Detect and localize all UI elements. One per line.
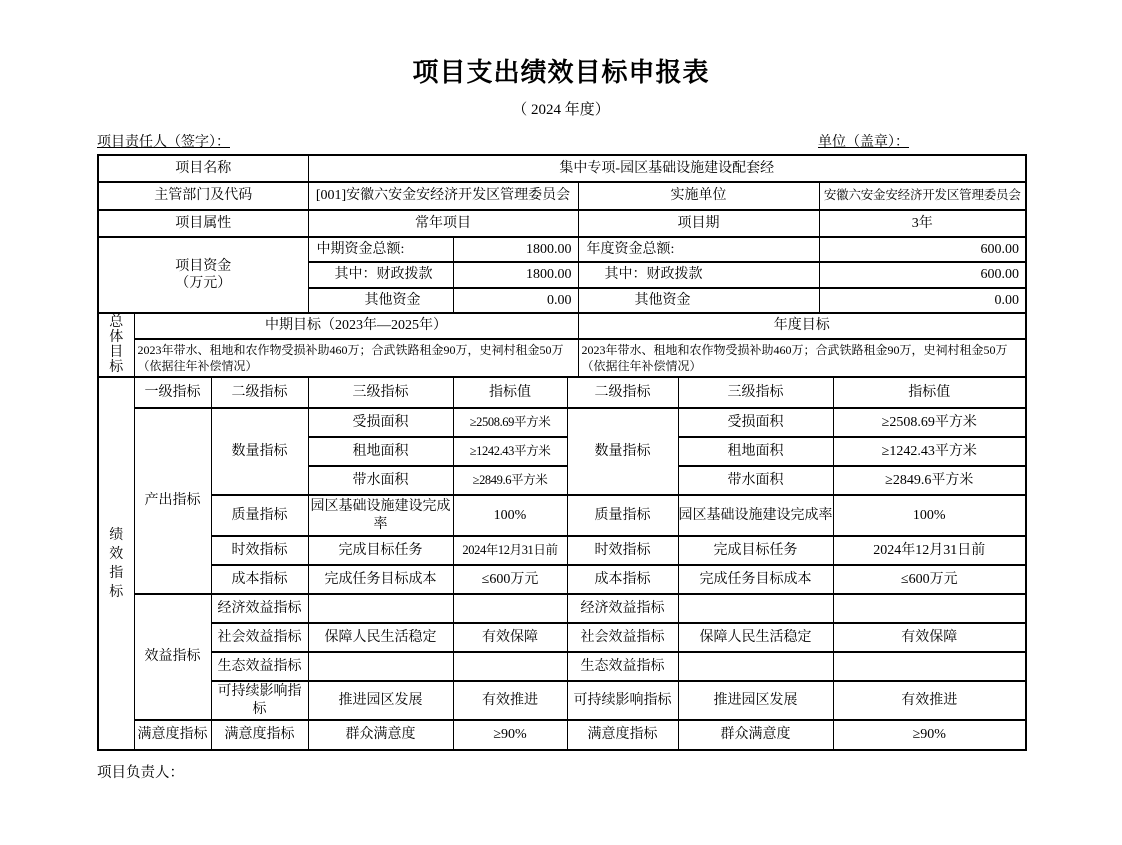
cell-ind-name — [308, 652, 453, 681]
cell-mid-other-label: 其他资金 — [308, 288, 453, 313]
row-indicator-header: 绩效指标 一级指标 二级指标 三级指标 指标值 二级指标 三级指标 指标值 — [98, 377, 1026, 408]
cell-ind-name-right: 群众满意度 — [678, 720, 833, 750]
header-level2: 二级指标 — [211, 377, 308, 408]
cell-level2-time: 时效指标 — [211, 536, 308, 565]
cell-level2-economic-right: 经济效益指标 — [567, 594, 678, 623]
cell-level1-benefit: 效益指标 — [134, 594, 211, 720]
cell-year-total-value: 600.00 — [819, 237, 1026, 262]
cell-funds-label: 项目资金 （万元） — [98, 237, 308, 313]
cell-level2-satisfaction: 满意度指标 — [211, 720, 308, 750]
cell-ind-value-right: ≥2508.69平方米 — [833, 408, 1026, 437]
cell-level1-satisfaction: 满意度指标 — [134, 720, 211, 750]
year-goal-line1: 2023年带水、租地和农作物受损补助460万；合武铁路租金90万，史祠村租金50… — [582, 342, 1023, 358]
row-ind-time: 时效指标 完成目标任务 2024年12月31日前 时效指标 完成目标任务 202… — [98, 536, 1026, 565]
header-level3-right: 三级指标 — [678, 377, 833, 408]
cell-ind-name-right — [678, 652, 833, 681]
cell-ind-name: 园区基础设施建设完成率 — [308, 495, 453, 536]
cell-impl-value: 安徽六安金安经济开发区管理委员会 — [819, 182, 1026, 210]
row-ind-ecological: 生态效益指标 生态效益指标 — [98, 652, 1026, 681]
cell-level2-sustain-right: 可持续影响指标 — [567, 681, 678, 720]
cell-year-total-label: 年度资金总额: — [578, 237, 819, 262]
cell-impl-label: 实施单位 — [578, 182, 819, 210]
cell-level2-quantity: 数量指标 — [211, 408, 308, 495]
cell-ind-value-right: ≥90% — [833, 720, 1026, 750]
row-ind-quality: 质量指标 园区基础设施建设完成率 100% 质量指标 园区基础设施建设完成率 1… — [98, 495, 1026, 536]
cell-ind-name: 群众满意度 — [308, 720, 453, 750]
cell-level2-cost-right: 成本指标 — [567, 565, 678, 594]
cell-ind-name-right: 带水面积 — [678, 466, 833, 495]
row-ind-economic: 效益指标 经济效益指标 经济效益指标 — [98, 594, 1026, 623]
cell-ind-name: 受损面积 — [308, 408, 453, 437]
cell-ind-name: 租地面积 — [308, 437, 453, 466]
cell-perf-side-label: 绩效指标 — [98, 377, 134, 750]
perf-side-label-text: 绩效指标 — [108, 526, 124, 602]
cell-ind-value: 有效推进 — [453, 681, 567, 720]
header-value-right: 指标值 — [833, 377, 1026, 408]
cell-ind-name-right: 推进园区发展 — [678, 681, 833, 720]
cell-level2-satisfaction-right: 满意度指标 — [567, 720, 678, 750]
cell-level2-quality-right: 质量指标 — [567, 495, 678, 536]
row-goal-content: 2023年带水、租地和农作物受损补助460万；合武铁路租金90万，史祠村租金50… — [98, 339, 1026, 377]
cell-ind-name — [308, 594, 453, 623]
cell-ind-value: 有效保障 — [453, 623, 567, 652]
cell-ind-value-right: ≥1242.43平方米 — [833, 437, 1026, 466]
form-title: 项目支出绩效目标申报表 — [97, 52, 1025, 89]
cell-mid-goal-header: 中期目标（2023年—2025年） — [134, 313, 578, 339]
cell-ind-name: 带水面积 — [308, 466, 453, 495]
cell-ind-value: ≥2849.6平方米 — [453, 466, 567, 495]
cell-mid-goal-text: 2023年带水、租地和农作物受损补助460万；合武铁路租金90万，史祠村租金50… — [134, 339, 578, 377]
cell-year-other-value: 0.00 — [819, 288, 1026, 313]
funds-label-line1: 项目资金 — [101, 258, 306, 276]
cell-dept-value: [001]安徽六安金安经济开发区管理委员会 — [308, 182, 578, 210]
funds-label-line2: （万元） — [101, 275, 306, 293]
cell-period-label: 项目期 — [578, 210, 819, 237]
header-value: 指标值 — [453, 377, 567, 408]
cell-ind-name-right: 完成任务目标成本 — [678, 565, 833, 594]
cell-year-goal-text: 2023年带水、租地和农作物受损补助460万；合武铁路租金90万，史祠村租金50… — [578, 339, 1026, 377]
header-level1: 一级指标 — [134, 377, 211, 408]
cell-mid-other-value: 0.00 — [453, 288, 578, 313]
cell-ind-name: 保障人民生活稳定 — [308, 623, 453, 652]
cell-ind-value: ≥2508.69平方米 — [453, 408, 567, 437]
row-ind-damaged-area: 产出指标 数量指标 受损面积 ≥2508.69平方米 数量指标 受损面积 ≥25… — [98, 408, 1026, 437]
row-project-name: 项目名称 集中专项-园区基础设施建设配套经 — [98, 155, 1026, 182]
cell-ind-value-right — [833, 652, 1026, 681]
cell-ind-value-right: ≤600万元 — [833, 565, 1026, 594]
row-goal-headers: 总体目标 中期目标（2023年—2025年） 年度目标 — [98, 313, 1026, 339]
cell-mid-total-label: 中期资金总额: — [308, 237, 453, 262]
header-level2-right: 二级指标 — [567, 377, 678, 408]
cell-year-other-label: 其他资金 — [578, 288, 819, 313]
cell-mid-total-value: 1800.00 — [453, 237, 578, 262]
cell-attr-label: 项目属性 — [98, 210, 308, 237]
cell-ind-value-right: 2024年12月31日前 — [833, 536, 1026, 565]
cell-ind-name-right — [678, 594, 833, 623]
cell-year-fiscal-label: 其中：财政拨款 — [578, 262, 819, 288]
cell-overall-side-label: 总体目标 — [98, 313, 134, 377]
cell-ind-value: 100% — [453, 495, 567, 536]
cell-level2-social-right: 社会效益指标 — [567, 623, 678, 652]
cell-ind-value-right: ≥2849.6平方米 — [833, 466, 1026, 495]
cell-ind-name-right: 完成目标任务 — [678, 536, 833, 565]
row-ind-satisfaction: 满意度指标 满意度指标 群众满意度 ≥90% 满意度指标 群众满意度 ≥90% — [98, 720, 1026, 750]
mid-goal-line1: 2023年带水、租地和农作物受损补助460万；合武铁路租金90万，史祠村租金50… — [138, 342, 575, 358]
cell-level2-cost: 成本指标 — [211, 565, 308, 594]
cell-ind-name-right: 受损面积 — [678, 408, 833, 437]
declaration-table: 项目名称 集中专项-园区基础设施建设配套经 主管部门及代码 [001]安徽六安金… — [97, 154, 1027, 751]
cell-ind-value-right: 有效推进 — [833, 681, 1026, 720]
cell-ind-name: 完成任务目标成本 — [308, 565, 453, 594]
cell-ind-name: 推进园区发展 — [308, 681, 453, 720]
cell-ind-value: ≤600万元 — [453, 565, 567, 594]
cell-ind-value-right: 有效保障 — [833, 623, 1026, 652]
cell-ind-value — [453, 594, 567, 623]
cell-ind-value: ≥1242.43平方米 — [453, 437, 567, 466]
row-ind-cost: 成本指标 完成任务目标成本 ≤600万元 成本指标 完成任务目标成本 ≤600万… — [98, 565, 1026, 594]
cell-level1-output: 产出指标 — [134, 408, 211, 594]
form-sheet: 项目支出绩效目标申报表 （ 2024 年度） 项目责任人（签字）： 单位（盖章）… — [97, 52, 1025, 782]
sign-row: 项目责任人（签字）： 单位（盖章）： — [97, 131, 1025, 151]
cell-attr-value: 常年项目 — [308, 210, 578, 237]
row-ind-sustain: 可持续影响指标 推进园区发展 有效推进 可持续影响指标 推进园区发展 有效推进 — [98, 681, 1026, 720]
cell-year-goal-header: 年度目标 — [578, 313, 1026, 339]
form-year: （ 2024 年度） — [97, 98, 1025, 119]
cell-level2-economic: 经济效益指标 — [211, 594, 308, 623]
cell-level2-ecological-right: 生态效益指标 — [567, 652, 678, 681]
unit-label: 单位（盖章）： — [818, 135, 909, 150]
footer-label: 项目负责人： — [97, 761, 1025, 782]
row-attribute: 项目属性 常年项目 项目期 3年 — [98, 210, 1026, 237]
header-level3: 三级指标 — [308, 377, 453, 408]
cell-ind-name: 完成目标任务 — [308, 536, 453, 565]
row-ind-social: 社会效益指标 保障人民生活稳定 有效保障 社会效益指标 保障人民生活稳定 有效保… — [98, 623, 1026, 652]
cell-mid-fiscal-value: 1800.00 — [453, 262, 578, 288]
cell-ind-name-right: 租地面积 — [678, 437, 833, 466]
cell-project-name-label: 项目名称 — [98, 155, 308, 182]
cell-ind-name-right: 保障人民生活稳定 — [678, 623, 833, 652]
signer-label: 项目责任人（签字）： — [97, 131, 230, 151]
cell-mid-fiscal-label: 其中：财政拨款 — [308, 262, 453, 288]
row-funds-total: 项目资金 （万元） 中期资金总额: 1800.00 年度资金总额: 600.00 — [98, 237, 1026, 262]
cell-dept-label: 主管部门及代码 — [98, 182, 308, 210]
overall-side-label-text: 总体目标 — [108, 315, 124, 375]
cell-ind-value — [453, 652, 567, 681]
cell-level2-quality: 质量指标 — [211, 495, 308, 536]
cell-level2-sustain: 可持续影响指标 — [211, 681, 308, 720]
cell-ind-value-right — [833, 594, 1026, 623]
cell-year-fiscal-value: 600.00 — [819, 262, 1026, 288]
cell-ind-value: ≥90% — [453, 720, 567, 750]
cell-level2-time-right: 时效指标 — [567, 536, 678, 565]
cell-level2-ecological: 生态效益指标 — [211, 652, 308, 681]
mid-goal-line2: （依据往年补偿情况） — [138, 358, 575, 374]
cell-period-value: 3年 — [819, 210, 1026, 237]
cell-ind-value: 2024年12月31日前 — [453, 536, 567, 565]
year-goal-line2: （依据往年补偿情况） — [582, 358, 1023, 374]
cell-project-name-value: 集中专项-园区基础设施建设配套经 — [308, 155, 1026, 182]
cell-level2-quantity-right: 数量指标 — [567, 408, 678, 495]
row-department: 主管部门及代码 [001]安徽六安金安经济开发区管理委员会 实施单位 安徽六安金… — [98, 182, 1026, 210]
cell-ind-name-right: 园区基础设施建设完成率 — [678, 495, 833, 536]
cell-ind-value-right: 100% — [833, 495, 1026, 536]
cell-level2-social: 社会效益指标 — [211, 623, 308, 652]
